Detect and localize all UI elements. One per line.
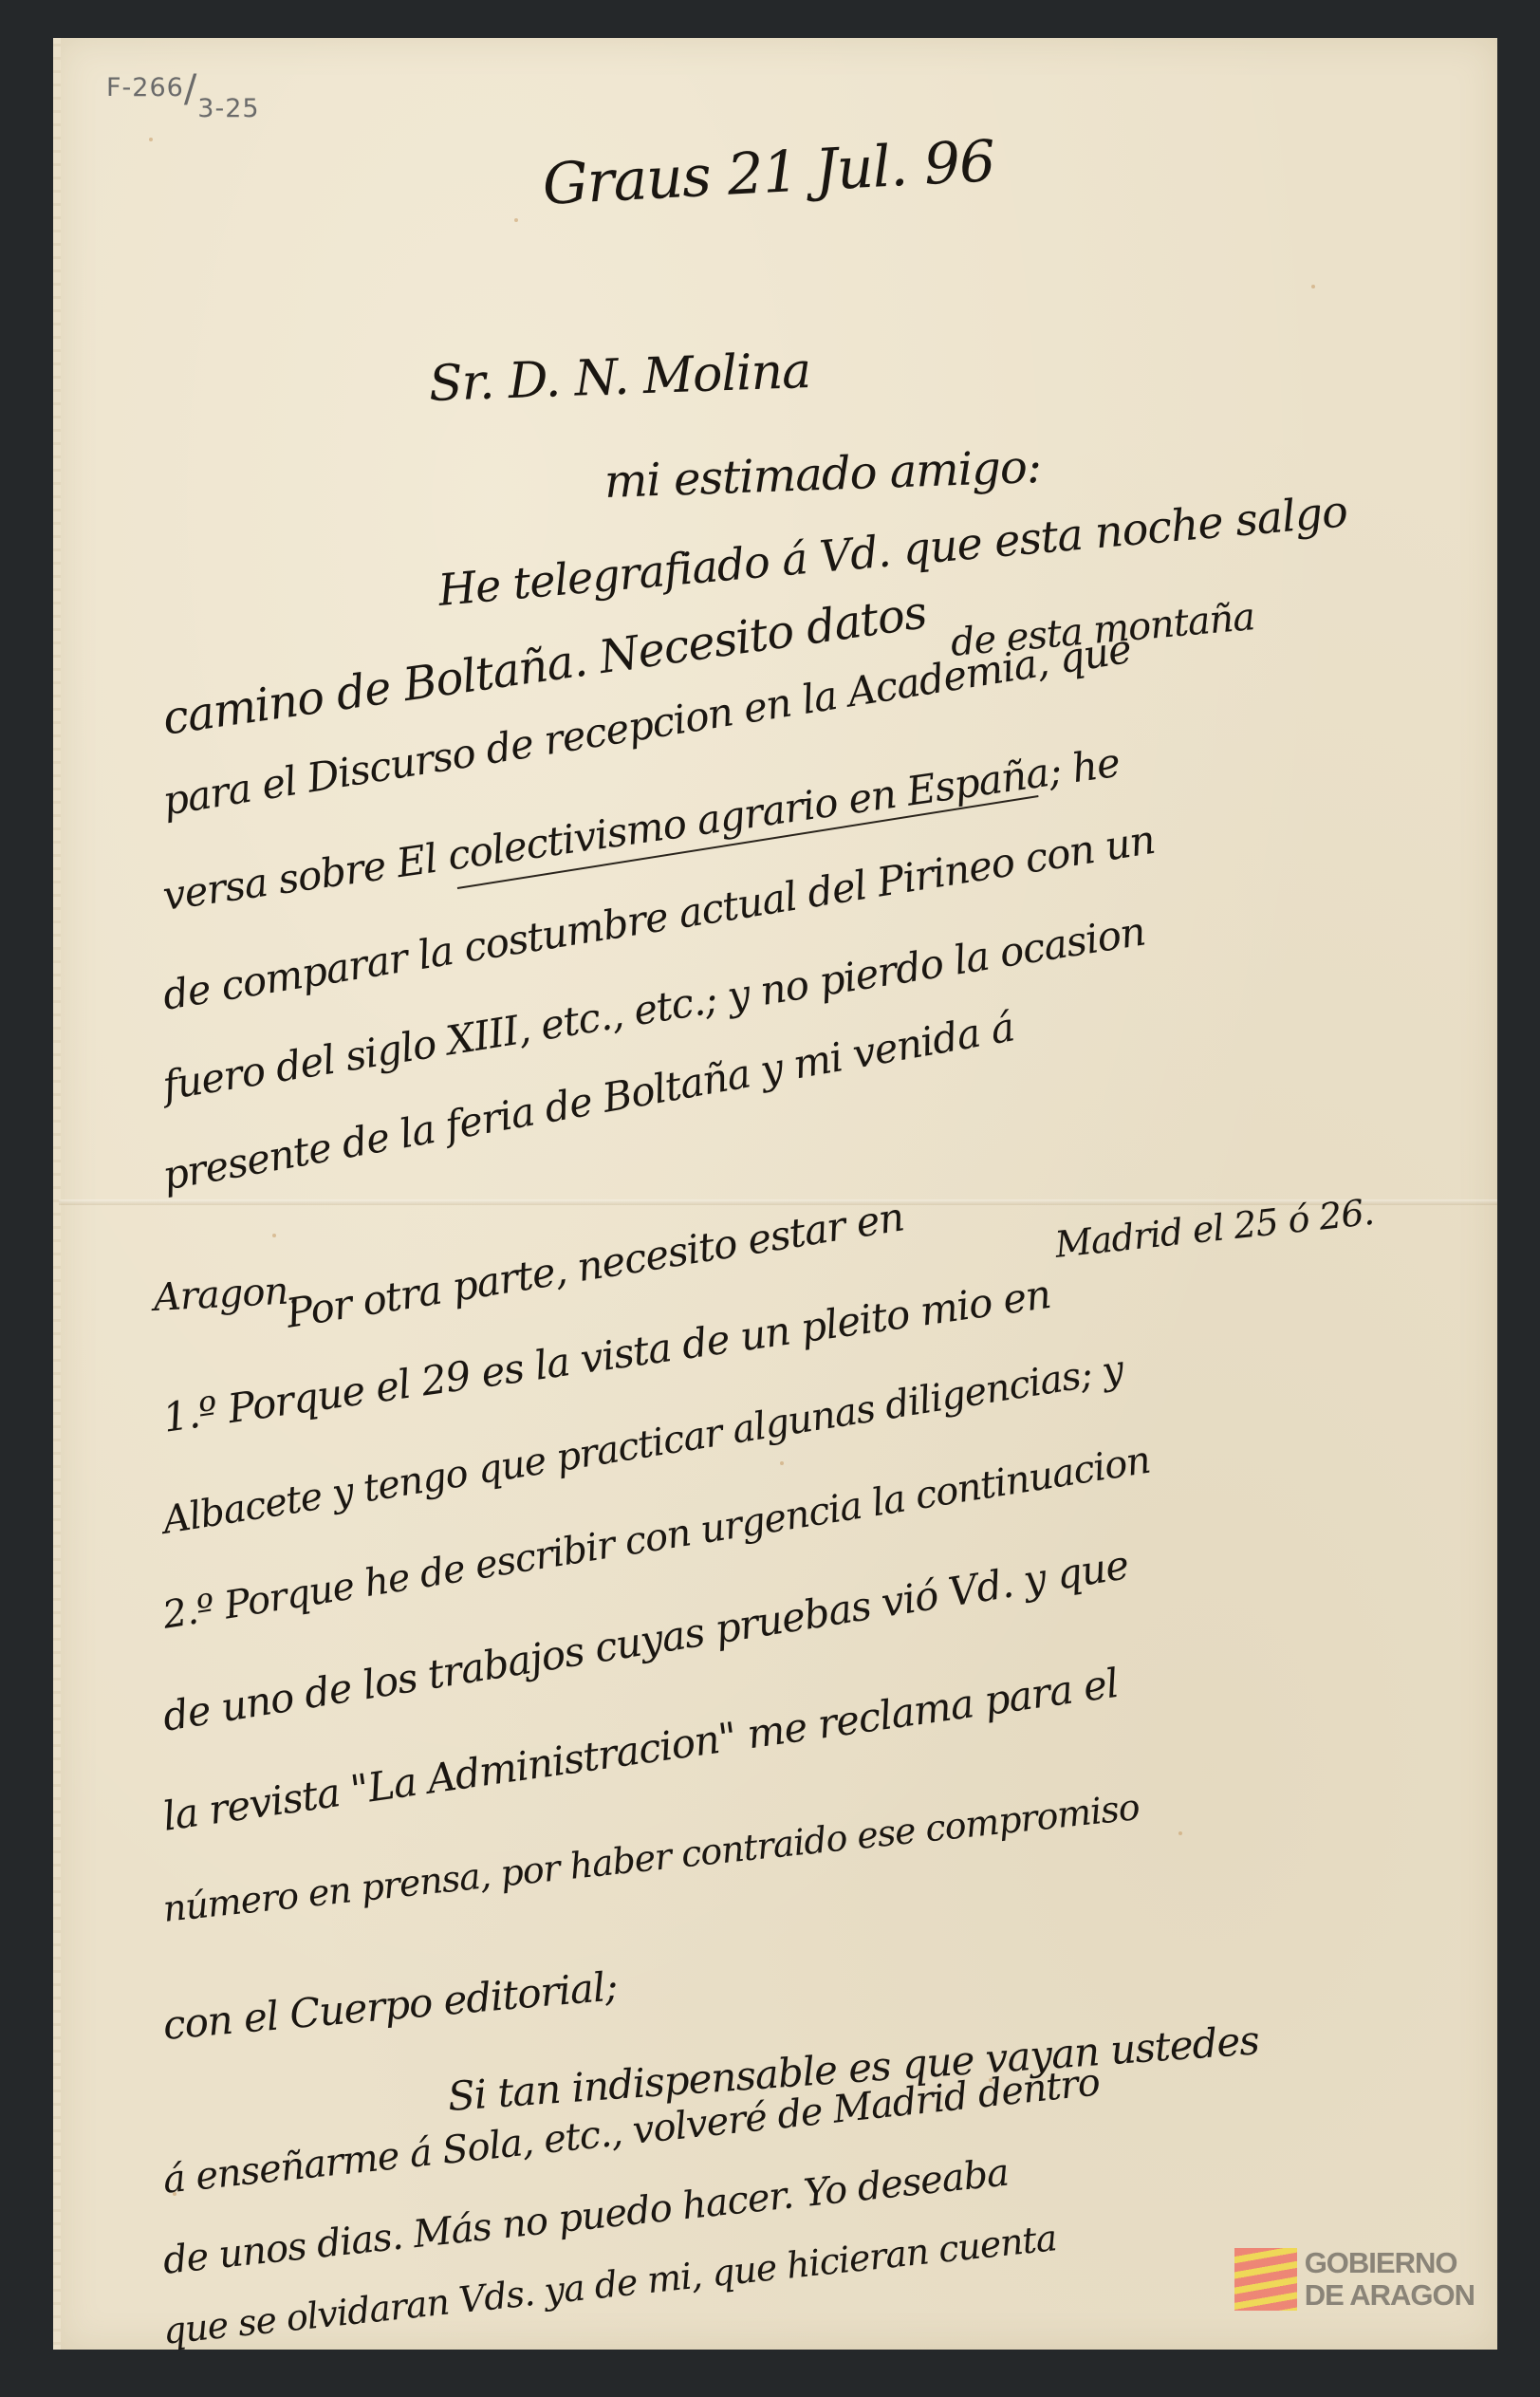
aragon-flag-icon xyxy=(1234,2248,1297,2311)
foxing-spot xyxy=(780,1461,784,1465)
foxing-spot xyxy=(1311,285,1315,288)
archive-ref-main: F-266 xyxy=(106,73,184,102)
body-line: Aragon. xyxy=(153,1269,300,1320)
body-line: 2.º Porque he de escribir con urgencia l… xyxy=(159,1439,1153,1638)
archive-reference: F-266/3-25 xyxy=(106,62,260,105)
foxing-spot xyxy=(1178,1831,1182,1835)
body-line: con el Cuerpo editorial; xyxy=(161,1962,619,2049)
archive-ref-sub: 3-25 xyxy=(197,94,259,123)
watermark-line-1: GOBIERNO xyxy=(1305,2247,1475,2279)
place-date: Graus 21 Jul. 96 xyxy=(541,128,996,218)
watermark-line-2: DE ARAGON xyxy=(1305,2279,1475,2312)
salutation: Sr. D. N. Molina xyxy=(428,343,811,413)
foxing-spot xyxy=(514,218,518,222)
gobierno-aragon-watermark: GOBIERNO DE ARAGON xyxy=(1234,2247,1475,2312)
greeting: mi estimado amigo: xyxy=(603,440,1042,509)
foxing-spot xyxy=(149,138,153,141)
foxing-spot xyxy=(272,1234,276,1237)
letter-page: F-266/3-25 Graus 21 Jul. 96 Sr. D. N. Mo… xyxy=(59,38,1497,2350)
